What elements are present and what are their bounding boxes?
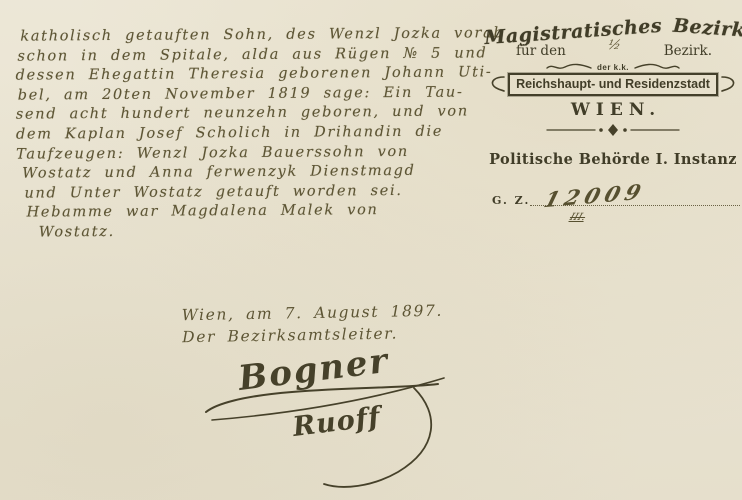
banner-scroll-left-icon — [489, 73, 505, 95]
banner-scroll-right-icon — [721, 73, 737, 95]
handwritten-note: katholisch getauften Sohn, des Wenzl Joz… — [15, 24, 484, 243]
signature-flourish-icon: Bogner Ruoff — [202, 344, 452, 494]
district-number-handwritten: ½ — [607, 38, 623, 53]
handwritten-line: Wostatz und Anna ferwenzyk Dienstmagd — [16, 162, 484, 185]
banner-text: Reichshaupt- und Residenzstadt — [508, 73, 718, 96]
file-number-row: G. Z. 12009 III. — [484, 176, 742, 216]
closing-block: Wien, am 7. August 1897. Der Bezirksamts… — [182, 300, 444, 349]
der-kk-label: der k.k. — [597, 63, 629, 72]
banner-row: Reichshaupt- und Residenzstadt — [484, 72, 742, 96]
city-label: WIEN. — [484, 100, 742, 120]
letterhead-title-word: Bezirksamt — [672, 15, 742, 46]
handwritten-line: Wostatz. — [17, 220, 485, 243]
handwritten-line: dem Kaplan Josef Scholich in Drihandin d… — [16, 122, 484, 145]
bezirk-label: Bezirk. — [664, 43, 712, 59]
scanned-document: katholisch getauften Sohn, des Wenzl Joz… — [0, 0, 742, 500]
handwritten-line: katholisch getauften Sohn, des Wenzl Joz… — [15, 24, 483, 47]
flourish-left-icon — [546, 62, 592, 72]
signature-countersign: Ruoff — [290, 401, 386, 443]
flourish-right-icon — [634, 62, 680, 72]
der-kk-row: der k.k. — [484, 62, 742, 72]
letterhead: Magistratisches Bezirksamt für den ½ Bez… — [484, 18, 742, 216]
authority-label: Politische Behörde I. Instanz — [484, 151, 742, 168]
place-date-line: Wien, am 7. August 1897. — [182, 300, 444, 327]
ornamental-divider-icon — [484, 122, 742, 142]
signature-block: Bogner Ruoff — [202, 344, 452, 494]
gz-label: G. Z. — [492, 194, 530, 207]
letterhead-title: Magistratisches Bezirksamt — [484, 18, 742, 40]
gz-number-handwritten: 12009 — [541, 179, 649, 212]
gz-subnumber-handwritten: III. — [568, 212, 587, 223]
